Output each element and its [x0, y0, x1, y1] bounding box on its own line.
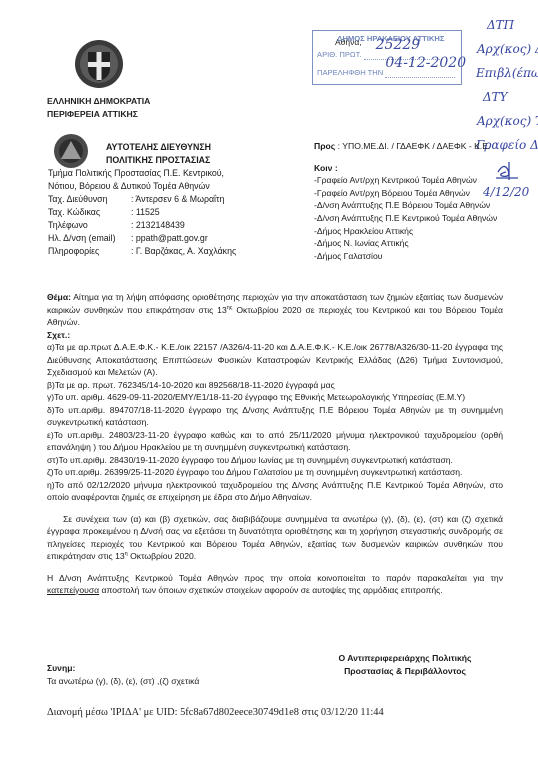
urgent-emphasis: κατεπείγουσα — [47, 585, 99, 595]
subject-label: Θέμα: — [47, 292, 71, 302]
contact-row: Τηλέφωνο: 2132148439 — [48, 219, 236, 232]
contact-label: Ηλ. Δ/νση (email) — [48, 232, 131, 245]
cc-label: Κοιν : — [314, 162, 497, 175]
contact-label: Ταχ. Κώδικας — [48, 206, 131, 219]
contact-value: : Γ. Βαρζάκας, Α. Χαχλάκης — [131, 246, 236, 256]
cc-item: -Δ/νση Ανάπτυξης Π.Ε Κεντρικού Τομέα Αθη… — [314, 212, 497, 225]
civil-protection-logo-icon — [53, 133, 89, 169]
greek-emblem-icon — [73, 38, 125, 90]
email-link[interactable]: : ppath@patt.gov.gr — [131, 233, 208, 243]
signatory-block: Ο Αντιπεριφερειάρχης Πολιτικής Προστασία… — [310, 652, 500, 677]
stamp-protocol-number: 25229 — [376, 37, 421, 53]
related-item: γ)Το υπ. αριθμ. 4629-09-11-2020/ΕΜΥ/Ε1/1… — [47, 391, 503, 404]
subject-line: Θέμα: Αίτημα για τη λήψη απόφασης οριοθέ… — [47, 291, 503, 329]
handwritten-note: ΔΤΠ — [487, 18, 514, 32]
paragraph-text: Η Δ/νση Ανάπτυξης Κεντρικού Τομέα Αθηνών… — [47, 573, 503, 583]
request-paragraph: Η Δ/νση Ανάπτυξης Κεντρικού Τομέα Αθηνών… — [47, 572, 503, 597]
paragraph-text: Οκτωβρίου 2020. — [128, 551, 196, 561]
country-name: ΕΛΛΗΝΙΚΗ ΔΗΜΟΚΡΑΤΙΑ — [47, 95, 150, 108]
contact-label: Τηλέφωνο — [48, 219, 131, 232]
distribution-footer: Διανομή μέσω 'ΙΡΙΔΑ' με UID: 5fc8a67d802… — [47, 707, 384, 718]
paragraph-text: αποστολή των όποιων σχετικών στοιχείων α… — [99, 585, 443, 595]
stamp-received-label: ΠΑΡΕΛΗΦΘΗ ΤΗΝ — [317, 68, 383, 77]
region-name: ΠΕΡΙΦΕΡΕΙΑ ΑΤΤΙΚΗΣ — [47, 108, 150, 121]
to-value: : ΥΠΟ.ΜΕ.ΔΙ. / ΓΔΑΕΦΚ / ΔΑΕΦΚ - Κ.Ε. — [335, 141, 490, 151]
handwritten-note: Αρχ(κος) ΔΠ — [477, 42, 538, 56]
contact-label: Πληροφορίες — [48, 245, 131, 258]
unit-name: Νότιου, Βόρειου & Δυτικού Τομέα Αθηνών — [48, 180, 236, 193]
cc-item: -Δήμος Ν. Ιωνίας Αττικής — [314, 237, 497, 250]
related-item: στ)Το υπ.αριθμ. 28430/19-11-2020 έγγραφο… — [47, 454, 503, 467]
cc-item: -Δήμος Γαλατσίου — [314, 250, 497, 263]
signatory-title: Ο Αντιπεριφερειάρχης Πολιτικής — [310, 652, 500, 665]
contact-row: Πληροφορίες: Γ. Βαρζάκας, Α. Χαχλάκης — [48, 245, 236, 258]
contact-label: Ταχ. Διεύθυνση — [48, 193, 131, 206]
attachments-label: Συνημ: — [47, 662, 199, 675]
related-item: η)Το από 02/12/2020 μήνυμα ηλεκτρονικού … — [47, 479, 503, 504]
attachments-block: Συνημ: Τα ανωτέρω (γ), (δ), (ε), (στ) ,(… — [47, 662, 199, 687]
protocol-stamp: ΔΗΜΟΣ ΗΡΑΚΛΕΙΟΥ ΑΤΤΙΚΗΣ ΑΡΙΘ. ΠΡΩΤ. 2522… — [312, 30, 462, 85]
contact-value: : 2132148439 — [131, 220, 185, 230]
contact-value: : Άντερσεν 6 & Μωραΐτη — [131, 194, 224, 204]
cc-item: -Δήμος Ηρακλείου Αττικής — [314, 225, 497, 238]
related-item: δ)Το υπ.αριθμ. 894707/18-11-2020 έγγραφο… — [47, 404, 503, 429]
recipients-block: Προς : ΥΠΟ.ΜΕ.ΔΙ. / ΓΔΑΕΦΚ / ΔΑΕΦΚ - Κ.Ε… — [314, 140, 497, 262]
to-label: Προς — [314, 141, 335, 151]
unit-name: Τμήμα Πολιτικής Προστασίας Π.Ε. Κεντρικο… — [48, 167, 236, 180]
related-item: β)Τα με αρ. πρωτ. 762345/14-10-2020 και … — [47, 379, 503, 392]
letter-body: Θέμα: Αίτημα για τη λήψη απόφασης οριοθέ… — [47, 291, 503, 597]
attachments-text: Τα ανωτέρω (γ), (δ), (ε), (στ) ,(ζ) σχετ… — [47, 675, 199, 688]
related-item: ζ)Το υπ.αριθμ. 26399/25-11-2020 έγγραφο … — [47, 466, 503, 479]
cc-item: -Δ/νση Ανάπτυξης Π.Ε Βόρειου Τομέα Αθηνώ… — [314, 199, 497, 212]
signatory-title: Προστασίας & Περιβάλλοντος — [310, 665, 500, 678]
paragraph-text: Σε συνέχεια των (α) και (β) σχετικών, σα… — [47, 514, 503, 562]
stamp-received-date: 04-12-2020 — [385, 55, 466, 71]
stamp-protocol-label: ΑΡΙΘ. ΠΡΩΤ. — [317, 50, 362, 59]
to-line: Προς : ΥΠΟ.ΜΕ.ΔΙ. / ΓΔΑΕΦΚ / ΔΑΕΦΚ - Κ.Ε… — [314, 140, 497, 153]
contact-row: Ηλ. Δ/νση (email): ppath@patt.gov.gr — [48, 232, 236, 245]
contact-value: : 11525 — [131, 207, 160, 217]
department-contact: Τμήμα Πολιτικής Προστασίας Π.Ε. Κεντρικο… — [48, 167, 236, 258]
handwritten-note: ΔΤΥ — [483, 90, 508, 104]
related-item: α)Τα με αρ.πρωτ Δ.Α.Ε.Φ.Κ.- Κ.Ε./οικ 221… — [47, 341, 503, 379]
handwritten-note: Επιβλ(έπων) ΔΣ — [476, 66, 538, 80]
department-title-line: ΠΟΛΙΤΙΚΗΣ ΠΡΟΣΤΑΣΙΑΣ — [106, 154, 211, 167]
cc-item: -Γραφείο Αντ/ρχη Βόρειου Τομέα Αθηνών — [314, 187, 497, 200]
department-title-line: ΑΥΤΟΤΕΛΗΣ ΔΙΕΥΘΥΝΣΗ — [106, 141, 211, 154]
related-label: Σχετ.: — [47, 329, 503, 342]
handwritten-note: Αρχ(κος) ΤΥ — [477, 114, 538, 128]
related-item: ε)Το υπ.αριθμ. 24803/23-11-20 έγγραφο κα… — [47, 429, 503, 454]
forwarding-paragraph: Σε συνέχεια των (α) και (β) σχετικών, σα… — [47, 513, 503, 563]
contact-row: Ταχ. Κώδικας: 11525 — [48, 206, 236, 219]
cc-item: -Γραφείο Αντ/ρχη Κεντρικού Τομέα Αθηνών — [314, 174, 497, 187]
department-title: ΑΥΤΟΤΕΛΗΣ ΔΙΕΥΘΥΝΣΗ ΠΟΛΙΤΙΚΗΣ ΠΡΟΣΤΑΣΙΑΣ — [106, 141, 211, 167]
contact-row: Ταχ. Διεύθυνση: Άντερσεν 6 & Μωραΐτη — [48, 193, 236, 206]
issuer-header: ΕΛΛΗΝΙΚΗ ΔΗΜΟΚΡΑΤΙΑ ΠΕΡΙΦΕΡΕΙΑ ΑΤΤΙΚΗΣ — [47, 95, 150, 121]
